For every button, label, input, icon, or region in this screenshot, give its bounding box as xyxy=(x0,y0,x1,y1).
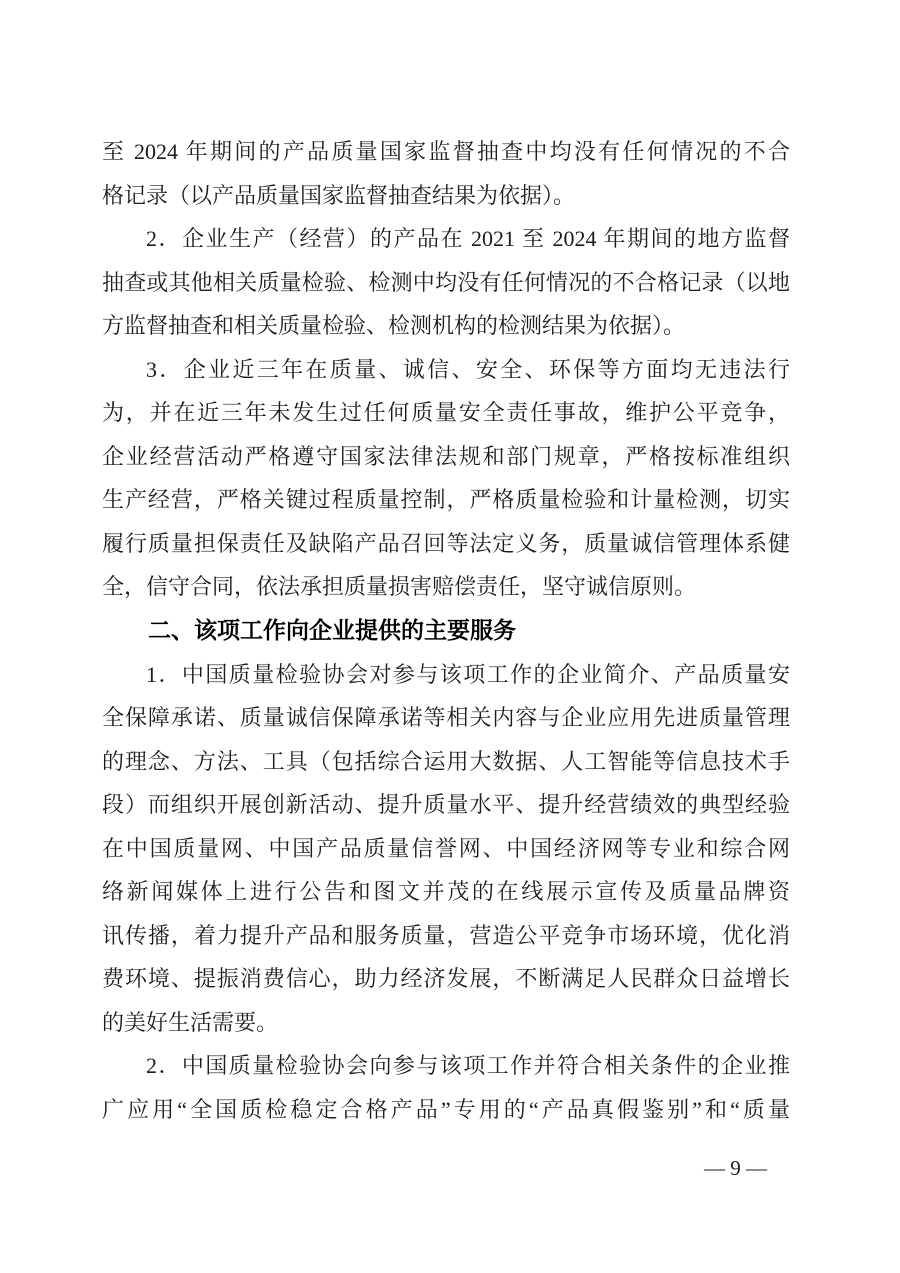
text-line: 方监督抽查和相关质量检验、检测机构的检测结果为依据）。 xyxy=(102,304,790,348)
text-line: 讯传播，着力提升产品和服务质量，营造公平竞争市场环境，优化消 xyxy=(102,914,790,958)
text-line: 的理念、方法、工具（包括综合运用大数据、人工智能等信息技术手 xyxy=(102,740,790,784)
text-line: 全保障承诺、质量诚信保障承诺等相关内容与企业应用先进质量管理 xyxy=(102,696,790,740)
text-line: 1．中国质量检验协会对参与该项工作的企业简介、产品质量安 xyxy=(102,653,790,697)
text-line: 费环境、提振消费信心，助力经济发展，不断满足人民群众日益增长 xyxy=(102,957,790,1001)
text-line: 为，并在近三年未发生过任何质量安全责任事故，维护公平竞争， xyxy=(102,391,790,435)
text-line: 至 2024 年期间的产品质量国家监督抽查中均没有任何情况的不合 xyxy=(102,130,790,174)
page-number: — 9 — xyxy=(704,1153,767,1183)
text-line: 生产经营，严格关键过程质量控制，严格质量检验和计量检测，切实 xyxy=(102,478,790,522)
text-line: 全，信守合同，依法承担质量损害赔偿责任，坚守诚信原则。 xyxy=(102,565,790,609)
document-page: 至 2024 年期间的产品质量国家监督抽查中均没有任何情况的不合格记录（以产品质… xyxy=(0,0,900,1273)
text-line: 2．企业生产（经营）的产品在 2021 至 2024 年期间的地方监督 xyxy=(102,217,790,261)
text-line: 3．企业近三年在质量、诚信、安全、环保等方面均无违法行 xyxy=(102,348,790,392)
text-line: 的美好生活需要。 xyxy=(102,1001,790,1045)
text-line: 段）而组织开展创新活动、提升质量水平、提升经营绩效的典型经验 xyxy=(102,783,790,827)
text-line: 2．中国质量检验协会向参与该项工作并符合相关条件的企业推 xyxy=(102,1044,790,1088)
text-line: 企业经营活动严格遵守国家法律法规和部门规章，严格按标准组织 xyxy=(102,435,790,479)
section-heading: 二、该项工作向企业提供的主要服务 xyxy=(102,609,790,653)
text-line: 履行质量担保责任及缺陷产品召回等法定义务，质量诚信管理体系健 xyxy=(102,522,790,566)
text-line: 格记录（以产品质量国家监督抽查结果为依据）。 xyxy=(102,174,790,218)
text-line: 在中国质量网、中国产品质量信誉网、中国经济网等专业和综合网 xyxy=(102,827,790,871)
text-line: 广应用“全国质检稳定合格产品”专用的“产品真假鉴别”和“质量 xyxy=(102,1088,790,1132)
document-body: 至 2024 年期间的产品质量国家监督抽查中均没有任何情况的不合格记录（以产品质… xyxy=(102,130,790,1132)
text-line: 抽查或其他相关质量检验、检测中均没有任何情况的不合格记录（以地 xyxy=(102,261,790,305)
text-line: 络新闻媒体上进行公告和图文并茂的在线展示宣传及质量品牌资 xyxy=(102,870,790,914)
